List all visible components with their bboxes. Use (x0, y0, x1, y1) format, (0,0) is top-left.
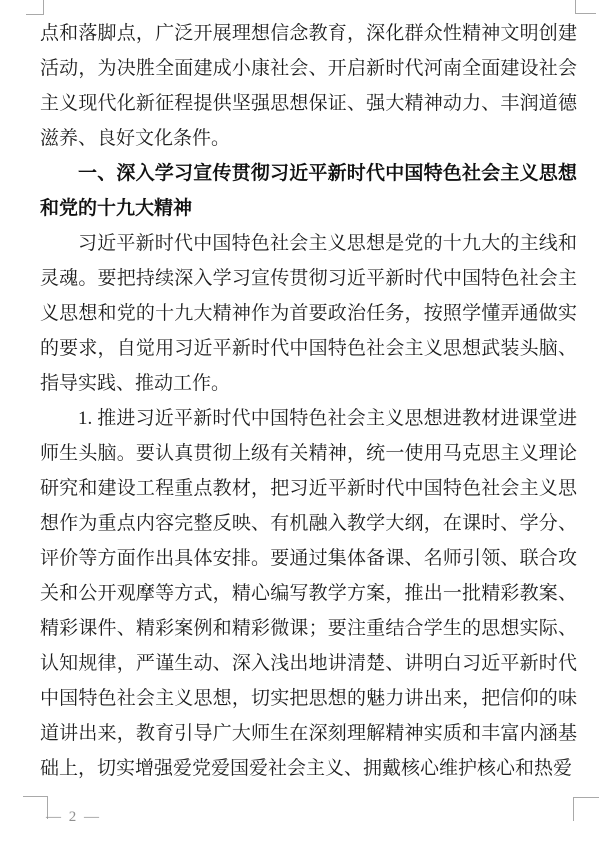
section-heading: 一、深入学习宣传贯彻习近平新时代中国特色社会主义思想和党的十九大精神 (40, 156, 577, 226)
paragraph-overview: 习近平新时代中国特色社会主义思想是党的十九大的主线和灵魂。要把持续深入学习宣传贯… (40, 226, 577, 401)
page-number: — 2 — (46, 808, 101, 826)
document-body: 点和落脚点，广泛开展理想信念教育，深化群众性精神文明创建活动，为决胜全面建成小康… (40, 16, 577, 786)
document-page: 点和落脚点，广泛开展理想信念教育，深化群众性精神文明创建活动，为决胜全面建成小康… (0, 0, 616, 857)
paragraph-continuation: 点和落脚点，广泛开展理想信念教育，深化群众性精神文明创建活动，为决胜全面建成小康… (40, 16, 577, 156)
crop-mark-top-right (575, 0, 596, 14)
crop-mark-bottom-left (23, 796, 48, 819)
crop-mark-top-left (26, 0, 44, 15)
crop-mark-bottom-right (573, 797, 599, 821)
paragraph-item-1: 1. 推进习近平新时代中国特色社会主义思想进教材进课堂进师生头脑。要认真贯彻上级… (40, 401, 577, 786)
